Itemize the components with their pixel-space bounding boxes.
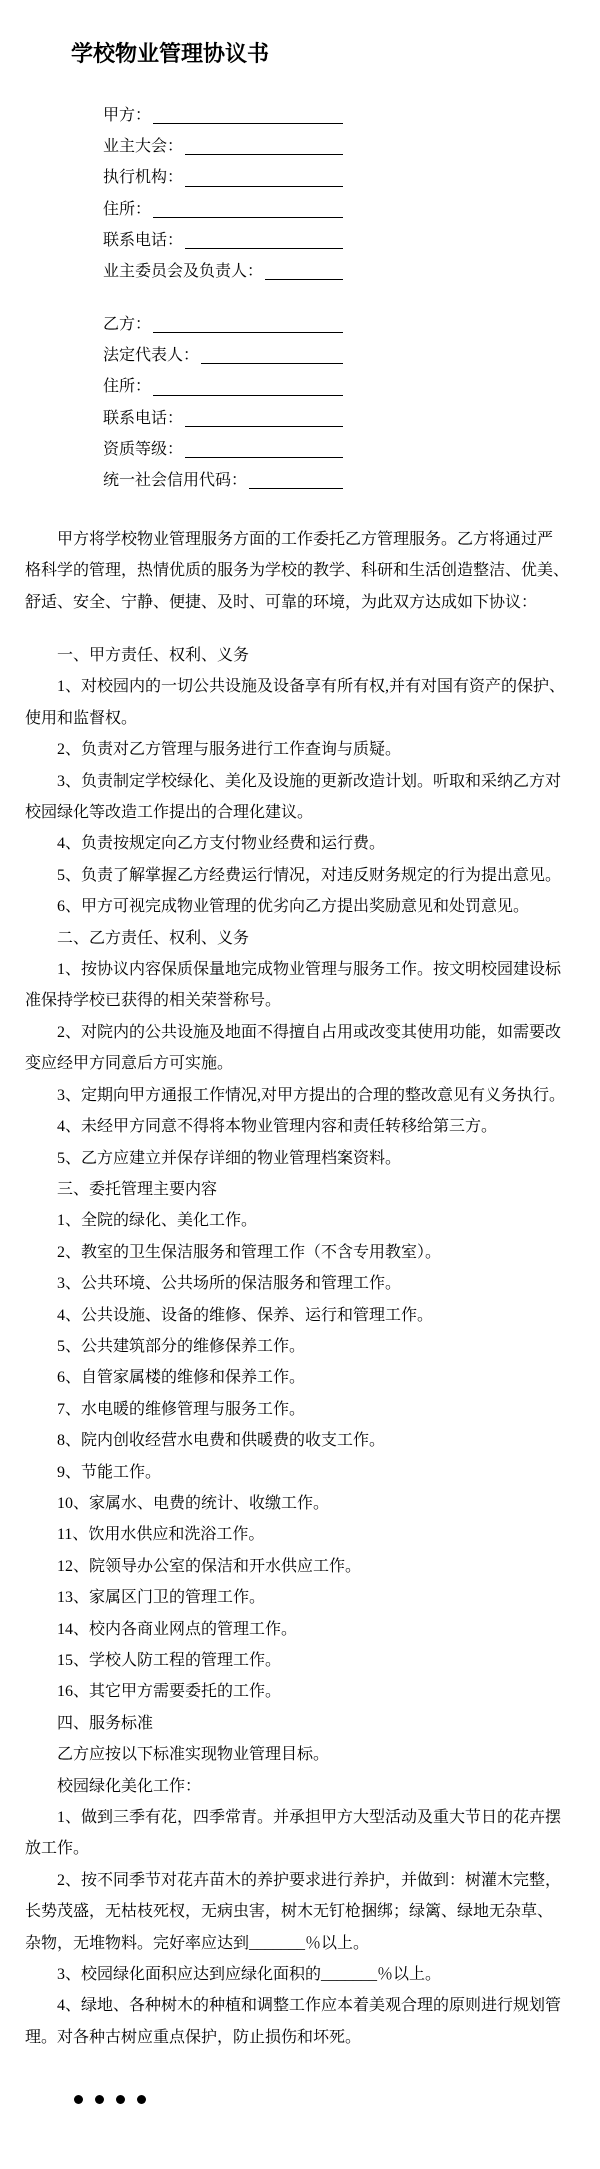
form-field-row: 业主大会： (103, 131, 343, 162)
field-label: 业主委员会及负责人： (103, 256, 263, 287)
field-blank-line (201, 340, 343, 364)
field-blank-line (185, 225, 343, 249)
text-line: 一、甲方责任、权利、义务 (25, 640, 590, 671)
party-b-fields: 乙方： 法定代表人： 住所： 联系电话： 资质等级： 统一社会信用代码： (103, 309, 343, 496)
field-label: 业主大会： (103, 131, 183, 162)
text-line: 2、教室的卫生保洁服务和管理工作（不含专用教室）。 (25, 1237, 590, 1268)
field-label: 法定代表人： (103, 340, 199, 371)
dot-icon (137, 2095, 146, 2104)
text-line: 9、节能工作。 (25, 1457, 590, 1488)
field-blank-line (185, 131, 343, 155)
party-a-fields: 甲方： 业主大会： 执行机构： 住所： 联系电话： 业主委员会及负责人： (103, 100, 343, 287)
document-title: 学校物业管理协议书 (71, 40, 269, 67)
field-blank-line (249, 465, 343, 489)
text-line: 8、院内创收经营水电费和供暖费的收支工作。 (25, 1425, 590, 1456)
text-line: 5、公共建筑部分的维修保养工作。 (25, 1331, 590, 1362)
text-line: 4、未经甲方同意不得将本物业管理内容和责任转移给第三方。 (25, 1111, 590, 1142)
field-blank-line (185, 403, 343, 427)
text-line: 4、公共设施、设备的维修、保养、运行和管理工作。 (25, 1300, 590, 1331)
dot-icon (95, 2095, 104, 2104)
text-line: 3、定期向甲方通报工作情况,对甲方提出的合理的整改意见有义务执行。 (25, 1080, 590, 1111)
field-label: 联系电话： (103, 403, 183, 434)
field-label: 执行机构： (103, 162, 183, 193)
form-field-row: 乙方： (103, 309, 343, 340)
text-line: 5、乙方应建立并保存详细的物业管理档案资料。 (25, 1143, 590, 1174)
text-line: 6、甲方可视完成物业管理的优劣向乙方提出奖励意见和处罚意见。 (25, 891, 590, 922)
text-line: 2、对院内的公共设施及地面不得擅自占用或改变其使用功能，如需要改 (25, 1017, 590, 1048)
field-label: 住所： (103, 194, 151, 225)
form-field-row: 甲方： (103, 100, 343, 131)
text-line: 14、校内各商业网点的管理工作。 (25, 1614, 590, 1645)
text-line: 校园绿化美化工作： (25, 1771, 590, 1802)
text-line: 1、对校园内的一切公共设施及设备享有所有权,并有对国有资产的保护、 (25, 671, 590, 702)
form-field-row: 联系电话： (103, 403, 343, 434)
form-field-row: 业主委员会及负责人： (103, 256, 343, 287)
text-line: 四、服务标准 (25, 1708, 590, 1739)
field-blank-line (185, 162, 343, 186)
contract-body: 一、甲方责任、权利、义务1、对校园内的一切公共设施及设备享有所有权,并有对国有资… (25, 640, 590, 2053)
form-field-row: 统一社会信用代码： (103, 465, 343, 496)
field-label: 联系电话： (103, 225, 183, 256)
text-line: 变应经甲方同意后方可实施。 (25, 1048, 590, 1079)
form-field-row: 联系电话： (103, 225, 343, 256)
field-blank-line (153, 371, 343, 395)
text-line: 13、家属区门卫的管理工作。 (25, 1582, 590, 1613)
text-line: 5、负责了解掌握乙方经费运行情况，对违反财务规定的行为提出意见。 (25, 860, 590, 891)
field-blank-line (153, 309, 343, 333)
text-line: 3、负责制定学校绿化、美化及设施的更新改造计划。听取和采纳乙方对 (25, 766, 590, 797)
text-line: 放工作。 (25, 1833, 590, 1864)
text-line: 3、公共环境、公共场所的保洁服务和管理工作。 (25, 1268, 590, 1299)
document-page: 学校物业管理协议书 甲方： 业主大会： 执行机构： 住所： 联系电话： 业主委员… (0, 0, 600, 2169)
field-label: 乙方： (103, 309, 151, 340)
text-line: 6、自管家属楼的维修和保养工作。 (25, 1362, 590, 1393)
text-line: 16、其它甲方需要委托的工作。 (25, 1676, 590, 1707)
text-line: 杂物，无堆物料。完好率应达到_______％以上。 (25, 1928, 590, 1959)
form-field-row: 资质等级： (103, 434, 343, 465)
text-line: 1、全院的绿化、美化工作。 (25, 1205, 590, 1236)
field-blank-line (185, 434, 343, 458)
text-line: 15、学校人防工程的管理工作。 (25, 1645, 590, 1676)
field-label: 统一社会信用代码： (103, 465, 247, 496)
text-line: 3、校园绿化面积应达到应绿化面积的_______％以上。 (25, 1959, 590, 1990)
text-line: 10、家属水、电费的统计、收缴工作。 (25, 1488, 590, 1519)
form-field-row: 住所： (103, 194, 343, 225)
text-line: 4、绿地、各种树木的种植和调整工作应本着美观合理的原则进行规划管 (25, 1990, 590, 2021)
form-field-row: 住所： (103, 371, 343, 402)
intro-paragraph: 甲方将学校物业管理服务方面的工作委托乙方管理服务。乙方将通过严格科学的管理，热情… (25, 524, 590, 618)
text-line: 12、院领导办公室的保洁和开水供应工作。 (25, 1551, 590, 1582)
text-line: 2、负责对乙方管理与服务进行工作查询与质疑。 (25, 734, 590, 765)
text-line: 使用和监督权。 (25, 703, 590, 734)
text-line: 长势茂盛，无枯枝死杈，无病虫害，树木无钉枪捆绑；绿篱、绿地无杂草、 (25, 1896, 590, 1927)
ellipsis-dots (74, 2095, 146, 2104)
field-blank-line (153, 194, 343, 218)
text-line: 格科学的管理，热情优质的服务为学校的教学、科研和生活创造整洁、优美、 (25, 555, 590, 586)
field-label: 甲方： (103, 100, 151, 131)
field-label: 住所： (103, 371, 151, 402)
text-line: 三、委托管理主要内容 (25, 1174, 590, 1205)
text-line: 二、乙方责任、权利、义务 (25, 923, 590, 954)
text-line: 1、做到三季有花，四季常青。并承担甲方大型活动及重大节日的花卉摆 (25, 1802, 590, 1833)
text-line: 4、负责按规定向乙方支付物业经费和运行费。 (25, 828, 590, 859)
form-field-row: 执行机构： (103, 162, 343, 193)
text-line: 7、水电暖的维修管理与服务工作。 (25, 1394, 590, 1425)
dot-icon (116, 2095, 125, 2104)
text-line: 1、按协议内容保质保量地完成物业管理与服务工作。按文明校园建设标 (25, 954, 590, 985)
text-line: 甲方将学校物业管理服务方面的工作委托乙方管理服务。乙方将通过严 (25, 524, 590, 555)
text-line: 理。对各种古树应重点保护，防止损伤和坏死。 (25, 2022, 590, 2053)
text-line: 11、饮用水供应和洗浴工作。 (25, 1519, 590, 1550)
text-line: 舒适、安全、宁静、便捷、及时、可靠的环境，为此双方达成如下协议： (25, 587, 590, 618)
text-line: 2、按不同季节对花卉苗木的养护要求进行养护，并做到：树灌木完整， (25, 1865, 590, 1896)
form-field-row: 法定代表人： (103, 340, 343, 371)
field-label: 资质等级： (103, 434, 183, 465)
text-line: 准保持学校已获得的相关荣誉称号。 (25, 985, 590, 1016)
text-line: 乙方应按以下标准实现物业管理目标。 (25, 1739, 590, 1770)
text-line: 校园绿化等改造工作提出的合理化建议。 (25, 797, 590, 828)
dot-icon (74, 2095, 83, 2104)
field-blank-line (153, 100, 343, 124)
field-blank-line (265, 256, 343, 280)
